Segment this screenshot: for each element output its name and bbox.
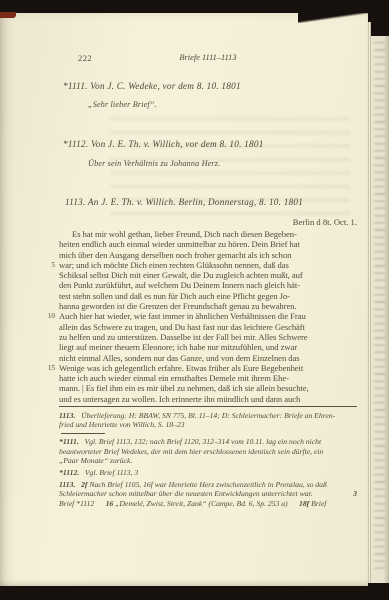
letter-1113-heading: 1113. An J. E. Th. v. Willich. Berlin, D… [65, 197, 303, 207]
text-line: 5war; und ich möchte Dich einen rechten … [59, 260, 359, 270]
apparatus-line: *1111. Vgl. Brief 1113, 132; nach Brief … [59, 437, 357, 446]
text-line: hatte ich auch wieder einmal ein ernstha… [59, 373, 359, 383]
text-line: 10Auch hier hat wieder, wie fast immer i… [59, 311, 359, 321]
apparatus-ueberlieferung: 1113. Überlieferung: H: BBAW, SN 775, Bl… [59, 411, 357, 430]
margin-line-number: 10 [42, 311, 55, 321]
text-line: mann. | Es fiel ihm ein es mir übel zu n… [59, 383, 359, 393]
book-cover-sliver [0, 12, 16, 18]
text-line: hanna geworden ist die Grenzen der Freun… [59, 301, 359, 311]
apparatus-note-1111: *1111. Vgl. Brief 1113, 132; nach Brief … [59, 437, 357, 465]
scanned-book-page-screenshot: 222 Briefe 1111–1113 *1111. Von J. C. We… [0, 0, 389, 600]
book-page: 222 Briefe 1111–1113 *1111. Von J. C. We… [0, 13, 368, 586]
letter-1111-summary: „Sehr lieber Brief“. [88, 100, 157, 109]
margin-line-number: 5 [42, 260, 55, 270]
next-page-edge-strip [371, 36, 389, 583]
next-page-faint-text [374, 42, 385, 572]
apparatus-line: 1113. 2f Nach Brief 1105, 16f war Henrie… [59, 480, 357, 489]
running-head: Briefe 1111–1113 [59, 53, 357, 62]
text-line: Es hat mir wohl gethan, lieber Freund, D… [59, 229, 359, 239]
critical-apparatus: 1113. Überlieferung: H: BBAW, SN 775, Bl… [59, 411, 357, 511]
apparatus-line: Brief *1112 16 „Demelé, Zwist, Streit, Z… [59, 499, 357, 508]
text-line: den Punkt zurükführt, auf welchem Du Dei… [59, 280, 359, 290]
text-line: 15Wenige was ich gelegentlich erfahre. E… [59, 363, 359, 373]
text-line: und es untersagen zu wollen. Ich erinner… [59, 394, 359, 404]
text-line: Schiksal selbst Dich mit einer Gewalt, d… [59, 270, 359, 280]
text-line: heiten endlich auch einmal wieder unmitt… [59, 239, 359, 249]
text-line: test stehn sollen und daß es nun für Dic… [59, 291, 359, 301]
scan-shadow-top-right [298, 13, 368, 23]
apparatus-line: 1113. Überlieferung: H: BBAW, SN 775, Bl… [59, 411, 357, 420]
text-line: liegt auf meiner theuern Eleonore; ich h… [59, 342, 359, 352]
apparatus-line: fried und Henriette von Willich, S. 18–2… [59, 420, 357, 429]
letter-1112-heading: *1112. Von J. E. Th. v. Willich, vor dem… [63, 139, 264, 149]
letter-1113-body: Es hat mir wohl gethan, lieber Freund, D… [59, 229, 359, 404]
apparatus-note-1113: 1113. 2f Nach Brief 1105, 16f war Henrie… [59, 480, 357, 508]
text-line: mich über den Ausgang derselben noch fro… [59, 250, 359, 260]
apparatus-line: beantworteter Brief Wedekes, der mit dem… [59, 447, 357, 456]
text-line: nicht einmal Alles, sondern nur das Ganz… [59, 353, 359, 363]
apparatus-line: „Paar Monate“ zurück. [59, 456, 357, 465]
letter-1111-heading: *1111. Von J. C. Wedeke, vor dem 8. 10. … [63, 81, 241, 91]
page-header: 222 Briefe 1111–1113 [0, 53, 368, 65]
apparatus-short-rule [61, 433, 105, 434]
apparatus-separator-rule [59, 406, 357, 407]
apparatus-line: *1112. Vgl. Brief 1113, 3 [59, 468, 357, 477]
apparatus-line: Schleiermacher schon mittelbar über die … [59, 489, 357, 498]
margin-line-number: 15 [42, 363, 55, 373]
letter-1112-summary: Über sein Verhältnis zu Johanna Herz. [88, 159, 220, 168]
apparatus-note-1112: *1112. Vgl. Brief 1113, 3 [59, 468, 357, 477]
letter-1113-dateline: Berlin d 8t. Oct. 1. [59, 217, 357, 227]
text-line: zu helfen und zu unterstüzen. Dasselbe i… [59, 332, 359, 342]
text-line: allein das Schwere zu tragen, und Du has… [59, 322, 359, 332]
